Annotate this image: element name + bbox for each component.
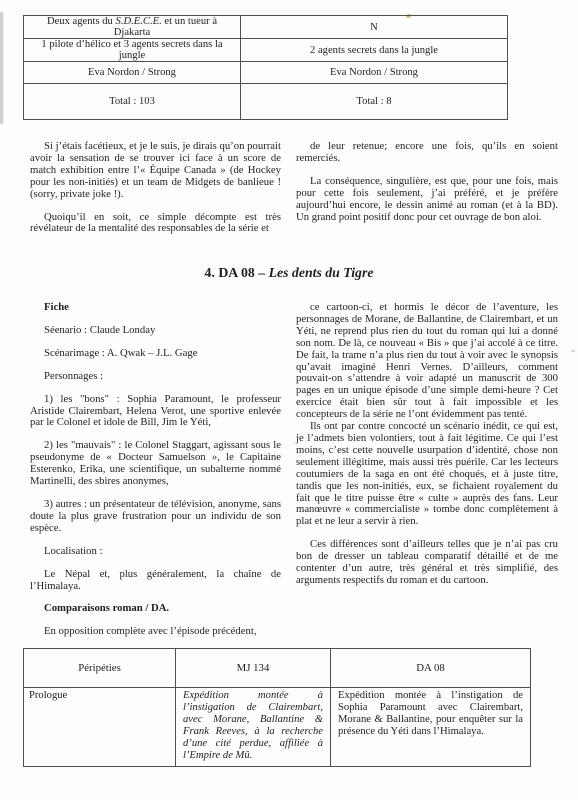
column-header-da08: DA 08: [331, 649, 531, 688]
comparison-cell-mj134: Expédition montée à l’instigation de Cla…: [176, 688, 331, 767]
score-row-pilote: 1 pilote d’hélico et 3 agents secrets da…: [24, 39, 508, 62]
score-cell: Eva Nordon / Strong: [24, 62, 241, 84]
fiche-personnages-autres: 3) autres : un présentateur de télévisio…: [30, 499, 281, 535]
fiche-title: Fiche: [30, 302, 281, 314]
score-text-italic: S.D.E.C.E.: [116, 16, 162, 27]
score-table: Deux agents du S.D.E.C.E. et un tueur à …: [23, 15, 508, 120]
score-cell: Eva Nordon / Strong: [241, 62, 508, 84]
score-total-cell: Total : 8: [241, 84, 508, 120]
score-cell: 2 agents secrets dans la jungle: [241, 39, 508, 62]
fiche-scenarimage: Scénarimage : A. Qwak – J.L. Gage: [30, 348, 281, 360]
paragraph: La conséquence, singulière, est que, pou…: [296, 176, 558, 224]
score-cell: N: [241, 16, 508, 39]
fiche-personnages-bons: 1) les "bons" : Sophia Paramount, le pro…: [30, 394, 281, 430]
scanned-document-page: Deux agents du S.D.E.C.E. et un tueur à …: [0, 0, 578, 800]
paragraph: Quoiqu’il en soit, ce simple décompte es…: [30, 212, 281, 236]
scan-speck: [571, 350, 575, 352]
paragraph: ce cartoon-ci, et hormis le décor de l’a…: [296, 302, 558, 421]
score-row-eva-nordon: Eva Nordon / Strong Eva Nordon / Strong: [24, 62, 508, 84]
column-header-peripeties: Péripéties: [24, 649, 176, 688]
column-header-mj134: MJ 134: [176, 649, 331, 688]
score-total-cell: Total : 103: [24, 84, 241, 120]
comparison-cell-label: Prologue: [24, 688, 176, 767]
fiche-comparaisons-intro: En opposition complète avec l’épisode pr…: [30, 626, 281, 638]
comparison-row-prologue: Prologue Expédition montée à l’instigati…: [24, 688, 531, 767]
heading-title: Les dents du Tigre: [269, 265, 374, 280]
comparison-table: Péripéties MJ 134 DA 08 Prologue Expédit…: [23, 648, 531, 767]
scan-edge-smudge: [0, 12, 3, 124]
comparison-header-row: Péripéties MJ 134 DA 08: [24, 649, 531, 688]
fiche-personnages-mauvais: 2) les "mauvais" : le Colonel Staggart, …: [30, 440, 281, 488]
fiche-localisation-label: Localisation :: [30, 546, 281, 558]
intro-left-column: Si j’étais facétieux, et je le suis, je …: [30, 141, 281, 246]
fiche-scenario: Séenario : Claude Londay: [30, 325, 281, 337]
analysis-column: ce cartoon-ci, et hormis le décor de l’a…: [296, 302, 558, 587]
intro-right-column: de leur retenue; encore une fois, qu’ils…: [296, 141, 558, 234]
paragraph: Ils ont par contre concocté un scénario …: [296, 421, 558, 528]
fiche-personnages-label: Personnages :: [30, 371, 281, 383]
paragraph: Ces différences sont d’ailleurs telles q…: [296, 539, 558, 587]
paragraph: de leur retenue; encore une fois, qu’ils…: [296, 141, 558, 165]
score-cell: Deux agents du S.D.E.C.E. et un tueur à …: [24, 16, 241, 39]
fiche-column: Fiche Séenario : Claude Londay Scénarima…: [30, 302, 281, 649]
heading-number: 4. DA 08 –: [205, 265, 269, 280]
score-cell: 1 pilote d’hélico et 3 agents secrets da…: [24, 39, 241, 62]
section-heading: 4. DA 08 – Les dents du Tigre: [0, 265, 578, 281]
fiche-localisation: Le Népal et, plus généralement, la chaîn…: [30, 569, 281, 593]
score-row-total: Total : 103 Total : 8: [24, 84, 508, 120]
paragraph: Si j’étais facétieux, et je le suis, je …: [30, 141, 281, 201]
score-row-agents: Deux agents du S.D.E.C.E. et un tueur à …: [24, 16, 508, 39]
score-text: Deux agents du: [47, 16, 116, 27]
comparison-cell-da08: Expédition montée à l’instigation de Sop…: [331, 688, 531, 767]
fiche-comparaisons-title: Comparaisons roman / DA.: [30, 603, 281, 615]
